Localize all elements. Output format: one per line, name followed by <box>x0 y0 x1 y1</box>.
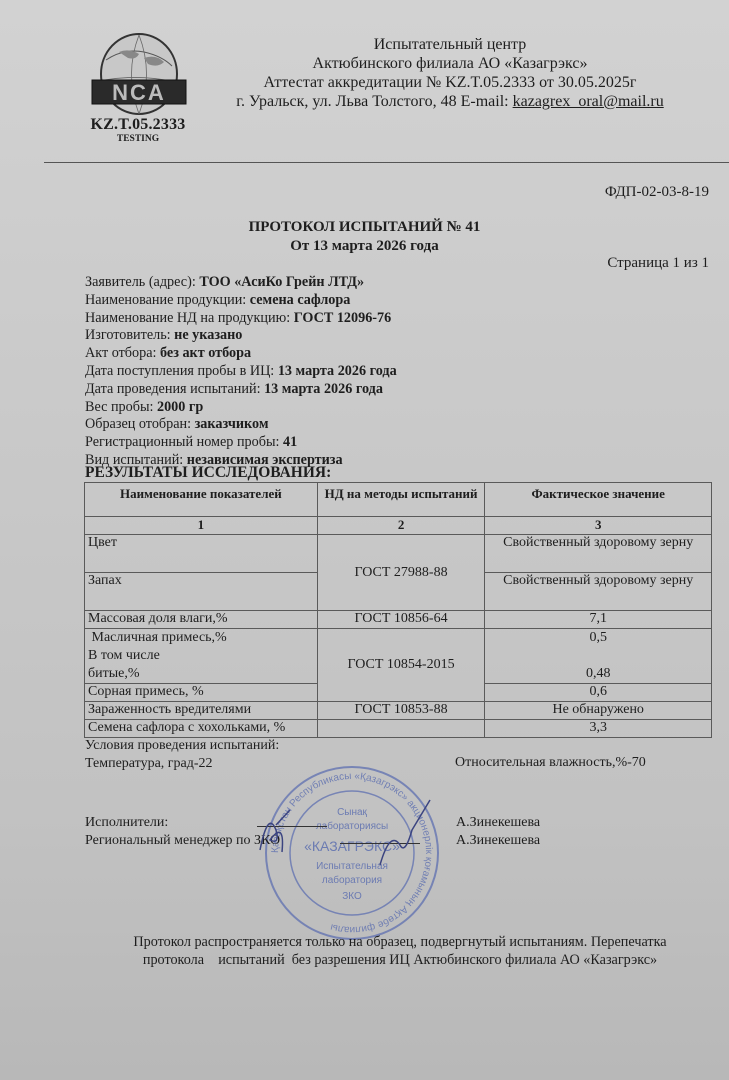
svg-text:лаборатория: лаборатория <box>322 874 382 886</box>
conditions-title: Условия проведения испытаний: <box>85 737 685 755</box>
field-registration-number: Регистрационный номер пробы: 41 <box>85 434 397 452</box>
sample-info-fields: Заявитель (адрес): ТОО «АсиКо Грейн ЛТД»… <box>85 274 397 470</box>
logo-subtitle: TESTING <box>88 134 188 144</box>
results-heading: РЕЗУЛЬТАТЫ ИССЛЕДОВАНИЯ: <box>85 464 331 482</box>
field-sample-weight: Вес пробы: 2000 гр <box>85 399 397 417</box>
field-applicant: Заявитель (адрес): ТОО «АсиКо Грейн ЛТД» <box>85 274 397 292</box>
header-divider <box>44 162 729 163</box>
footer-disclaimer: Протокол распространяется только на обра… <box>90 933 710 969</box>
field-test-date: Дата проведения испытаний: 13 марта 2026… <box>85 381 397 399</box>
footer-line-1: Протокол распространяется только на обра… <box>90 933 710 951</box>
header-indicator: Наименование показателей <box>85 483 318 517</box>
table-row: Цвет ГОСТ 27988-88 Свойственный здоровом… <box>85 535 712 573</box>
table-row: Масличная примесь,% В том числе битые,% … <box>85 629 712 684</box>
header-line-1: Испытательный центр <box>225 35 675 54</box>
humidity: Относительная влажность,%-70 <box>455 755 646 771</box>
test-protocol-page: NCA KZ.T.05.2333 TESTING Испытательный ц… <box>0 0 729 1080</box>
address: г. Уральск, ул. Льва Толстого, 48 E-mail… <box>236 93 512 110</box>
field-product: Наименование продукции: семена сафлора <box>85 292 397 310</box>
header-line-3: Аттестат аккредитации № KZ.T.05.2333 от … <box>225 73 675 92</box>
performer-name: А.Зинекешева <box>456 814 540 832</box>
signature-scribble-icon <box>240 790 440 870</box>
protocol-title: ПРОТОКОЛ ИСПЫТАНИЙ № 41 От 13 марта 2026… <box>0 218 729 256</box>
signatory-names: А.Зинекешева А.Зинекешева <box>456 814 540 850</box>
page-number: Страница 1 из 1 <box>607 255 709 272</box>
header-value: Фактическое значение <box>485 483 712 517</box>
accreditation-code: KZ.T.05.2333 <box>88 116 188 134</box>
table-header-row: Наименование показателей НД на методы ис… <box>85 483 712 517</box>
header-line-2: Актюбинского филиала АО «Казагрэкс» <box>225 54 675 73</box>
field-sampled-by: Образец отобран: заказчиком <box>85 416 397 434</box>
email-link[interactable]: kazagrex_oral@mail.ru <box>513 93 664 110</box>
manager-name: А.Зинекешева <box>456 832 540 850</box>
title-line-1: ПРОТОКОЛ ИСПЫТАНИЙ № 41 <box>0 218 729 237</box>
field-sampling-act: Акт отбора: без акт отбора <box>85 345 397 363</box>
field-receipt-date: Дата поступления пробы в ИЦ: 13 марта 20… <box>85 363 397 381</box>
svg-text:ЗКО: ЗКО <box>342 891 362 902</box>
organization-header: Испытательный центр Актюбинского филиала… <box>225 35 675 111</box>
form-code: ФДП-02-03-8-19 <box>605 184 709 201</box>
table-column-numbers: 1 2 3 <box>85 517 712 535</box>
table-row: Зараженность вредителями ГОСТ 10853-88 Н… <box>85 702 712 720</box>
svg-text:NCA: NCA <box>112 80 166 105</box>
table-row: Массовая доля влаги,% ГОСТ 10856-64 7,1 <box>85 611 712 629</box>
title-line-2: От 13 марта 2026 года <box>0 237 729 256</box>
results-table: Наименование показателей НД на методы ис… <box>84 482 712 738</box>
header-line-4: г. Уральск, ул. Льва Толстого, 48 E-mail… <box>225 92 675 111</box>
table-row: Семена сафлора с хохольками, % 3,3 <box>85 720 712 738</box>
globe-icon: NCA <box>84 30 194 120</box>
header-method: НД на методы испытаний <box>317 483 485 517</box>
field-product-standard: Наименование НД на продукцию: ГОСТ 12096… <box>85 310 397 328</box>
footer-line-2: протокола испытаний без разрешения ИЦ Ак… <box>90 951 710 969</box>
field-manufacturer: Изготовитель: не указано <box>85 327 397 345</box>
